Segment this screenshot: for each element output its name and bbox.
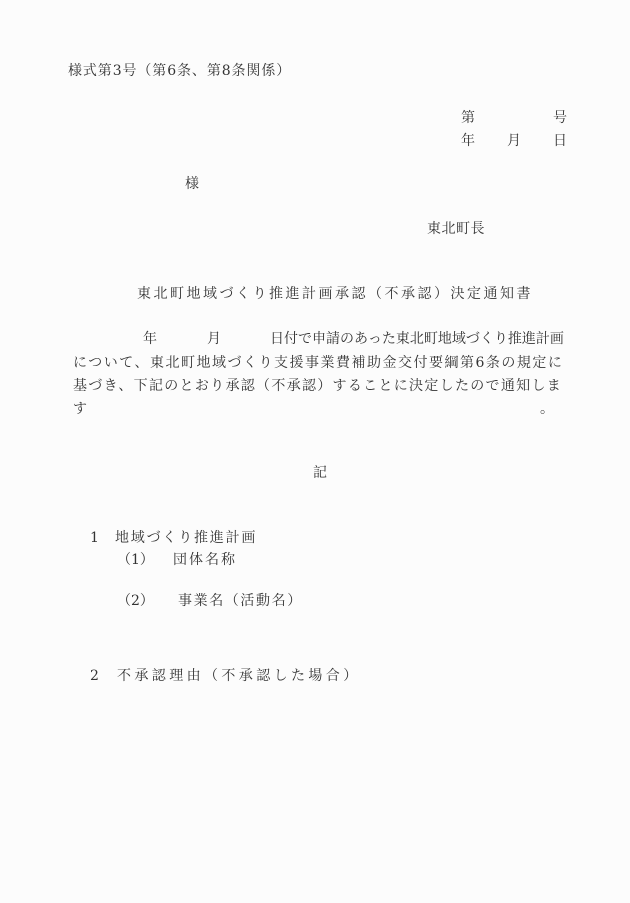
- body-month-label: 月: [207, 331, 221, 347]
- subitem1-number: （1）: [117, 552, 154, 568]
- sender-name: 東北町長: [427, 221, 485, 237]
- item2-number: 2: [90, 668, 99, 684]
- document-page: 様式第3号（第6条、第8条関係） 第 号 年 月 日 様 東北町長 東北町地域づ…: [0, 0, 630, 903]
- document-number-line: 第 号: [461, 110, 567, 126]
- document-number-prefix: 第: [461, 110, 475, 126]
- section-marker-ki: 記: [313, 465, 327, 481]
- item1-number: 1: [90, 530, 99, 546]
- addressee-honorific: 様: [185, 176, 199, 192]
- subitem2-number: （2）: [117, 593, 154, 609]
- form-number-label: 様式第3号（第6条、第8条関係）: [68, 63, 291, 79]
- body-line1-text: 日付で申請のあった東北町地域づくり推進計画: [270, 331, 564, 347]
- document-title: 東北町地域づくり推進計画承認（不承認）決定通知書: [137, 286, 533, 302]
- date-year-label: 年: [461, 133, 475, 149]
- body-line4-text: す: [73, 401, 87, 417]
- subitem1-label: 団体名称: [173, 552, 237, 568]
- body-line3-text: 基づき、下記のとおり承認（不承認）することに決定したので通知しま: [73, 378, 562, 394]
- item2-label: 不承認理由（不承認した場合）: [117, 668, 361, 684]
- subitem2-label: 事業名（活動名）: [178, 593, 303, 609]
- date-line: 年 月 日: [461, 133, 567, 149]
- body-closing-period: 。: [540, 401, 554, 417]
- body-line2-text: について、東北町地域づくり支援事業費補助金交付要綱第6条の規定に: [73, 355, 563, 371]
- item1-label: 地域づくり推進計画: [115, 530, 257, 546]
- date-month-label: 月: [507, 133, 521, 149]
- body-year-label: 年: [143, 331, 157, 347]
- date-day-label: 日: [553, 133, 567, 149]
- document-number-suffix: 号: [553, 110, 567, 126]
